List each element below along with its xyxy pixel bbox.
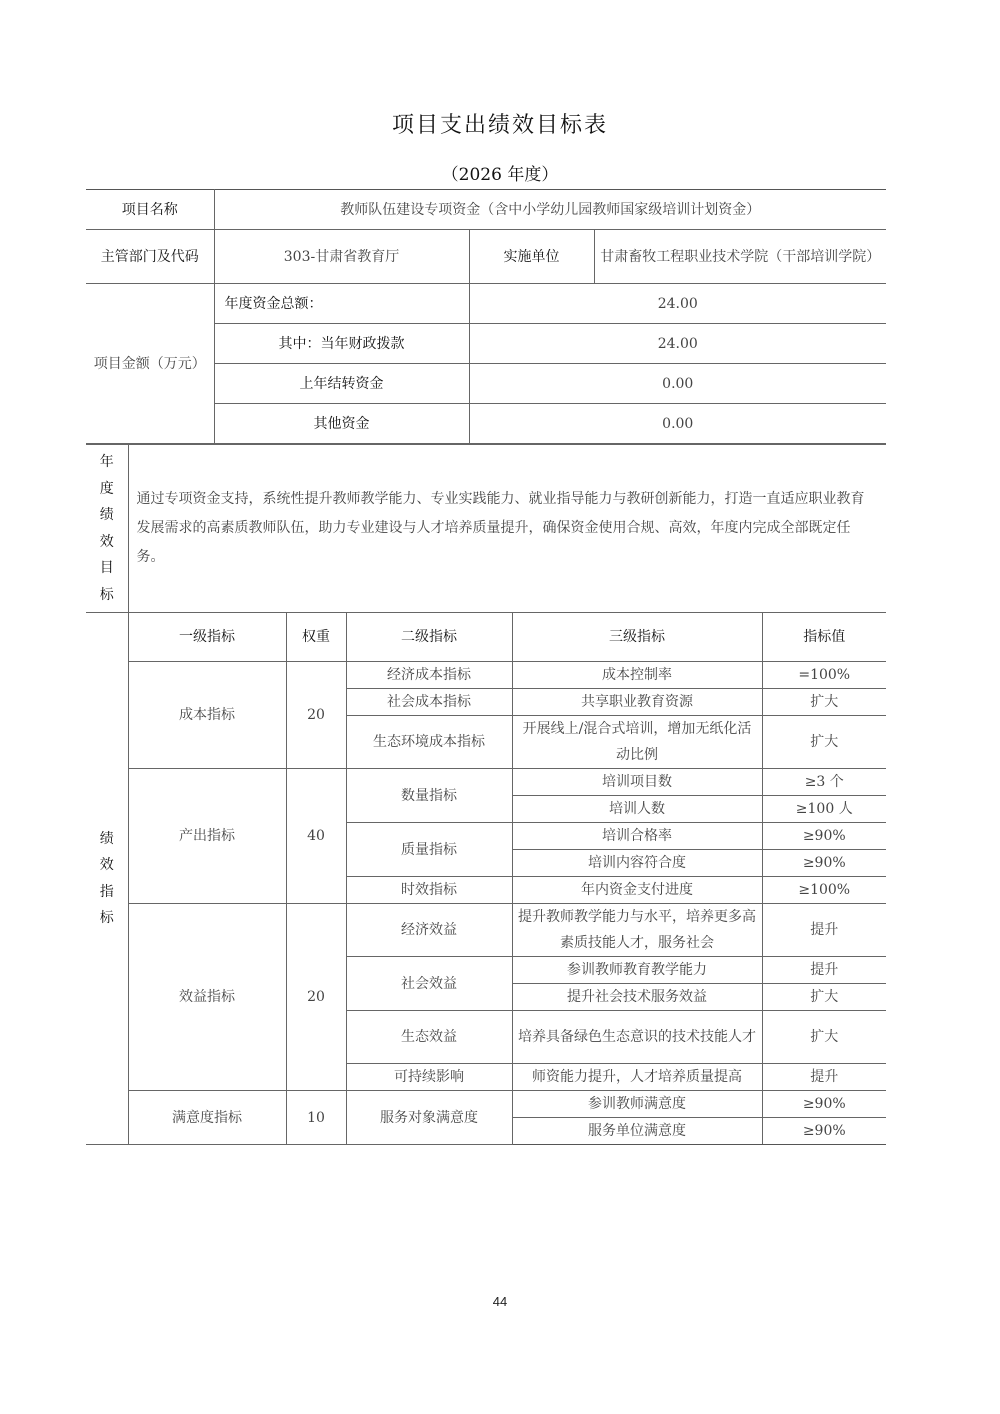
annual-goal-label: 年 度 绩 效 目 标 <box>86 445 128 613</box>
weight-cell: 20 <box>286 904 346 1091</box>
document-subtitle: （2026 年度） <box>0 160 1000 185</box>
value-cell: 扩大 <box>762 716 886 769</box>
weight-cell: 10 <box>286 1091 346 1145</box>
level3-cell: 培养具备绿色生态意识的技术技能人才 <box>512 1011 762 1064</box>
level1-cell: 产出指标 <box>128 769 286 904</box>
level3-cell: 培训项目数 <box>512 769 762 796</box>
value-cell: =100% <box>762 662 886 689</box>
level2-cell: 质量指标 <box>346 823 512 877</box>
annual-goal-text: 通过专项资金支持，系统性提升教师教学能力、专业实践能力、就业指导能力与教研创新能… <box>128 445 886 613</box>
value-cell: ≥90% <box>762 1091 886 1118</box>
value-cell: ≥90% <box>762 850 886 877</box>
value-cell: 提升 <box>762 904 886 957</box>
level3-cell: 共享职业教育资源 <box>512 689 762 716</box>
level1-cell: 成本指标 <box>128 662 286 769</box>
annual-goal-table: 年 度 绩 效 目 标 通过专项资金支持，系统性提升教师教学能力、专业实践能力、… <box>86 444 886 613</box>
amount-row-value: 24.00 <box>469 324 886 364</box>
amount-row-value: 24.00 <box>469 284 886 324</box>
indicators-table: 绩 效 指 标 一级指标 权重 二级指标 三级指标 指标值 成本指标 20 经济… <box>86 612 886 1145</box>
level3-cell: 培训内容符合度 <box>512 850 762 877</box>
level1-cell: 满意度指标 <box>128 1091 286 1145</box>
amount-row-label: 年度资金总额： <box>214 284 469 324</box>
weight-cell: 20 <box>286 662 346 769</box>
level2-cell: 时效指标 <box>346 877 512 904</box>
level3-cell: 参训教师教育教学能力 <box>512 957 762 984</box>
level2-cell: 生态效益 <box>346 1011 512 1064</box>
amount-label: 项目金额（万元） <box>86 284 214 444</box>
level3-cell: 提升社会技术服务效益 <box>512 984 762 1011</box>
amount-row-value: 0.00 <box>469 404 886 444</box>
level1-cell: 效益指标 <box>128 904 286 1091</box>
document-title: 项目支出绩效目标表 <box>0 108 1000 139</box>
header-level3: 三级指标 <box>512 613 762 662</box>
amount-row-label: 其中：当年财政拨款 <box>214 324 469 364</box>
level3-cell: 培训合格率 <box>512 823 762 850</box>
header-level1: 一级指标 <box>128 613 286 662</box>
level2-cell: 经济效益 <box>346 904 512 957</box>
value-cell: ≥3 个 <box>762 769 886 796</box>
header-weight: 权重 <box>286 613 346 662</box>
level3-cell: 成本控制率 <box>512 662 762 689</box>
level2-cell: 可持续影响 <box>346 1064 512 1091</box>
level2-cell: 数量指标 <box>346 769 512 823</box>
page-number: 44 <box>0 1294 1000 1309</box>
level3-cell: 服务单位满意度 <box>512 1118 762 1145</box>
value-cell: ≥90% <box>762 1118 886 1145</box>
level2-cell: 服务对象满意度 <box>346 1091 512 1145</box>
level2-cell: 生态环境成本指标 <box>346 716 512 769</box>
project-name-value: 教师队伍建设专项资金（含中小学幼儿园教师国家级培训计划资金） <box>214 190 886 230</box>
impl-unit-value: 甘肃畜牧工程职业技术学院（干部培训学院） <box>594 230 886 284</box>
header-level2: 二级指标 <box>346 613 512 662</box>
indicators-label: 绩 效 指 标 <box>86 613 128 1145</box>
level3-cell: 培训人数 <box>512 796 762 823</box>
value-cell: ≥100% <box>762 877 886 904</box>
impl-unit-label: 实施单位 <box>469 230 594 284</box>
value-cell: 扩大 <box>762 984 886 1011</box>
dept-label: 主管部门及代码 <box>86 230 214 284</box>
level3-cell: 开展线上/混合式培训，增加无纸化活动比例 <box>512 716 762 769</box>
level3-cell: 师资能力提升，人才培养质量提高 <box>512 1064 762 1091</box>
level2-cell: 社会成本指标 <box>346 689 512 716</box>
value-cell: ≥100 人 <box>762 796 886 823</box>
basic-info-table: 项目名称 教师队伍建设专项资金（含中小学幼儿园教师国家级培训计划资金） 主管部门… <box>86 189 886 444</box>
weight-cell: 40 <box>286 769 346 904</box>
level3-cell: 参训教师满意度 <box>512 1091 762 1118</box>
value-cell: 扩大 <box>762 689 886 716</box>
project-name-label: 项目名称 <box>86 190 214 230</box>
dept-value: 303-甘肃省教育厅 <box>214 230 469 284</box>
value-cell: 提升 <box>762 957 886 984</box>
level2-cell: 经济成本指标 <box>346 662 512 689</box>
header-value: 指标值 <box>762 613 886 662</box>
level3-cell: 提升教师教学能力与水平，培养更多高素质技能人才，服务社会 <box>512 904 762 957</box>
value-cell: 提升 <box>762 1064 886 1091</box>
level2-cell: 社会效益 <box>346 957 512 1011</box>
value-cell: ≥90% <box>762 823 886 850</box>
amount-row-label: 其他资金 <box>214 404 469 444</box>
level3-cell: 年内资金支付进度 <box>512 877 762 904</box>
amount-row-label: 上年结转资金 <box>214 364 469 404</box>
amount-row-value: 0.00 <box>469 364 886 404</box>
value-cell: 扩大 <box>762 1011 886 1064</box>
